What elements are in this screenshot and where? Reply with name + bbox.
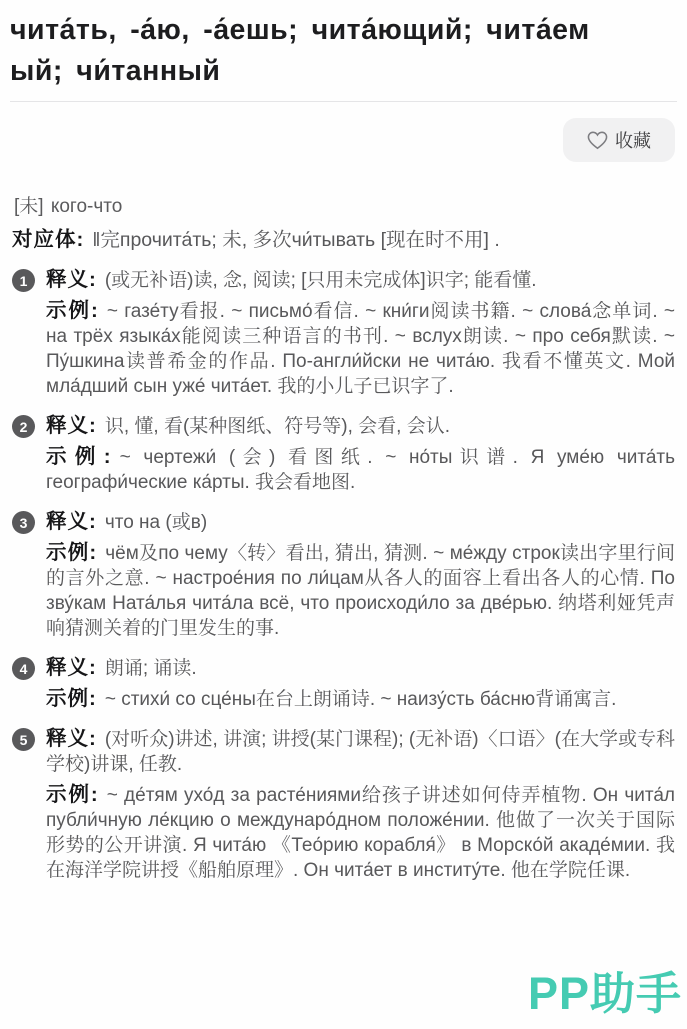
sense-definition: 释义:朗诵; 诵读.	[46, 655, 675, 681]
definition-label: 释义:	[46, 656, 97, 679]
senses-list: 1 释义:(或无补语)读, 念, 阅读; [只用未完成体]识字; 能看懂. 示例…	[0, 267, 687, 883]
sense-examples: 示例:чём及по чему〈转〉看出, 猜出, 猜测. ~ ме́жду ст…	[46, 540, 675, 641]
sense-item: 4 释义:朗诵; 诵读. 示例:~ стихи́ со сце́ны在台上朗诵诗…	[12, 655, 675, 712]
definition-text: что на (或в)	[105, 512, 207, 533]
sense-examples: 示例:~ газе́ту看报. ~ письмо́看信. ~ кни́ги阅读书…	[46, 298, 675, 399]
sense-number-badge: 3	[12, 511, 35, 534]
favorite-label: 收藏	[615, 127, 651, 153]
sense-examples: 示例:~ де́тям ухо́д за расте́ниями给孩子讲述如何侍…	[46, 782, 675, 883]
sense-examples: 示例:~ стихи́ со сце́ны在台上朗诵诗. ~ наизу́сть…	[46, 686, 675, 712]
definition-text: (对听众)讲述, 讲演; 讲授(某门课程); (无补语)〈口语〉(在大学或专科学…	[46, 729, 675, 775]
definition-label: 释义:	[46, 510, 97, 533]
sense-examples: 示例:~ чертежи́ (会) 看图纸. ~ но́ты识谱. Я уме́…	[46, 444, 675, 495]
examples-text: ~ стихи́ со сце́ны在台上朗诵诗. ~ наизу́сть ба…	[105, 689, 617, 710]
examples-label: 示例:	[46, 541, 97, 564]
sense-definition: 释义:(或无补语)读, 念, 阅读; [只用未完成体]识字; 能看懂.	[46, 267, 675, 293]
sense-number-badge: 4	[12, 657, 35, 680]
sense-definition: 释义:(对听众)讲述, 讲演; 讲授(某门课程); (无补语)〈口语〉(在大学或…	[46, 726, 675, 777]
sense-item: 1 释义:(或无补语)读, 念, 阅读; [只用未完成体]识字; 能看懂. 示例…	[12, 267, 675, 399]
sense-body: 释义:(或无补语)读, 念, 阅读; [只用未完成体]识字; 能看懂. 示例:~…	[46, 267, 675, 399]
watermark: PP助手	[528, 957, 682, 1022]
examples-label: 示例:	[46, 299, 99, 322]
sense-body: 释义:(对听众)讲述, 讲演; 讲授(某门课程); (无补语)〈口语〉(在大学或…	[46, 726, 675, 883]
sense-definition: 释义:识, 懂, 看(某种图纸、符号等), 会看, 会认.	[46, 413, 675, 439]
sense-item: 5 释义:(对听众)讲述, 讲演; 讲授(某门课程); (无补语)〈口语〉(在大…	[12, 726, 675, 883]
examples-text: чём及по чему〈转〉看出, 猜出, 猜测. ~ ме́жду строк…	[46, 543, 675, 639]
examples-label: 示例:	[46, 783, 99, 806]
counterpart-text: ‖完прочита́ть; 未, 多次чи́тывать [现在时不用] .	[92, 229, 499, 251]
counterpart-label: 对应体:	[12, 228, 84, 251]
definition-text: 朗诵; 诵读.	[105, 658, 197, 679]
aspect-government-line: [未] кого-что	[14, 191, 687, 218]
definition-text: (或无补语)读, 念, 阅读; [只用未完成体]识字; 能看懂.	[105, 270, 537, 291]
examples-text: ~ чертежи́ (会) 看图纸. ~ но́ты识谱. Я уме́ю ч…	[46, 447, 675, 493]
divider	[10, 101, 677, 102]
definition-label: 释义:	[46, 414, 97, 437]
definition-label: 释义:	[46, 268, 97, 291]
definition-text: 识, 懂, 看(某种图纸、符号等), 会看, 会认.	[105, 416, 450, 437]
definition-label: 释义:	[46, 727, 97, 750]
favorite-button[interactable]: 收藏	[563, 118, 675, 162]
sense-item: 2 释义:识, 懂, 看(某种图纸、符号等), 会看, 会认. 示例:~ чер…	[12, 413, 675, 495]
sense-item: 3 释义:что на (或в) 示例:чём及по чему〈转〉看出, 猜出…	[12, 509, 675, 641]
sense-definition: 释义:что на (或в)	[46, 509, 675, 535]
sense-body: 释义:识, 懂, 看(某种图纸、符号等), 会看, 会认. 示例:~ черте…	[46, 413, 675, 495]
counterpart-line: 对应体:‖完прочита́ть; 未, 多次чи́тывать [现在时不用]…	[12, 227, 675, 253]
examples-text: ~ газе́ту看报. ~ письмо́看信. ~ кни́ги阅读书籍. …	[46, 301, 675, 397]
sense-number-badge: 5	[12, 728, 35, 751]
examples-text: ~ де́тям ухо́д за расте́ниями给孩子讲述如何侍弄植物…	[46, 785, 675, 881]
sense-number-badge: 1	[12, 269, 35, 292]
sense-number-badge: 2	[12, 415, 35, 438]
examples-label: 示例:	[46, 445, 112, 468]
sense-body: 释义:朗诵; 诵读. 示例:~ стихи́ со сце́ны在台上朗诵诗. …	[46, 655, 675, 712]
headword-title: чита́ть, -а́ю, -а́ешь; чита́ющий; чита́е…	[0, 0, 687, 92]
favorite-row: 收藏	[0, 118, 675, 162]
examples-label: 示例:	[46, 687, 97, 710]
heart-outline-icon	[587, 131, 608, 150]
sense-body: 释义:что на (或в) 示例:чём及по чему〈转〉看出, 猜出, …	[46, 509, 675, 641]
